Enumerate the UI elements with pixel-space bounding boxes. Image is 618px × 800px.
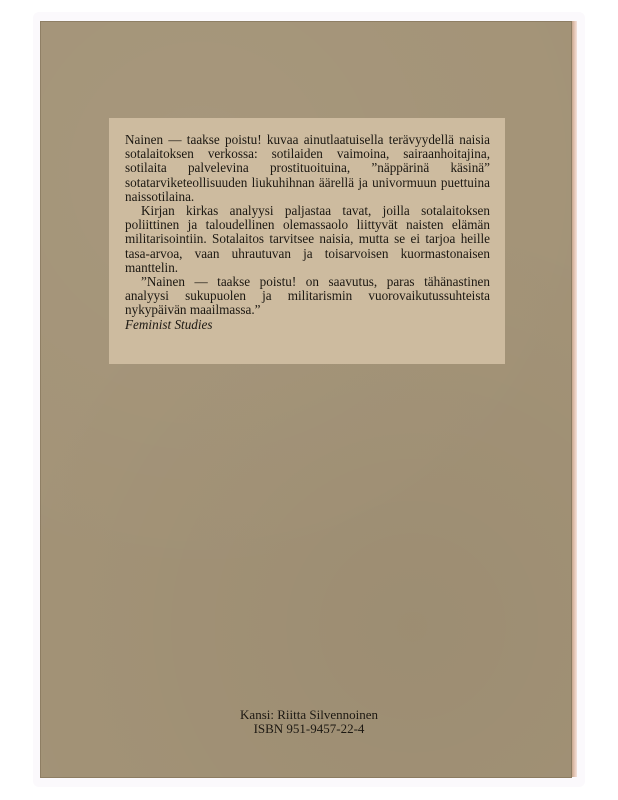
- quote-source: Feminist Studies: [125, 318, 490, 332]
- blurb-paragraph-1: Nainen — taakse poistu! kuvaa ainutlaatu…: [125, 133, 490, 204]
- isbn: ISBN 951-9457-22-4: [0, 722, 618, 736]
- blurb-box: Nainen — taakse poistu! kuvaa ainutlaatu…: [109, 118, 505, 364]
- blurb-review-quote: ”Nainen — taakse poistu! on saavutus, pa…: [125, 275, 490, 318]
- book-spine-edge: [572, 21, 577, 777]
- blurb-paragraph-2: Kirjan kirkas analyysi paljastaa tavat, …: [125, 204, 490, 275]
- cover-designer-credit: Kansi: Riitta Silvennoinen: [0, 708, 618, 722]
- credits: Kansi: Riitta Silvennoinen ISBN 951-9457…: [0, 708, 618, 736]
